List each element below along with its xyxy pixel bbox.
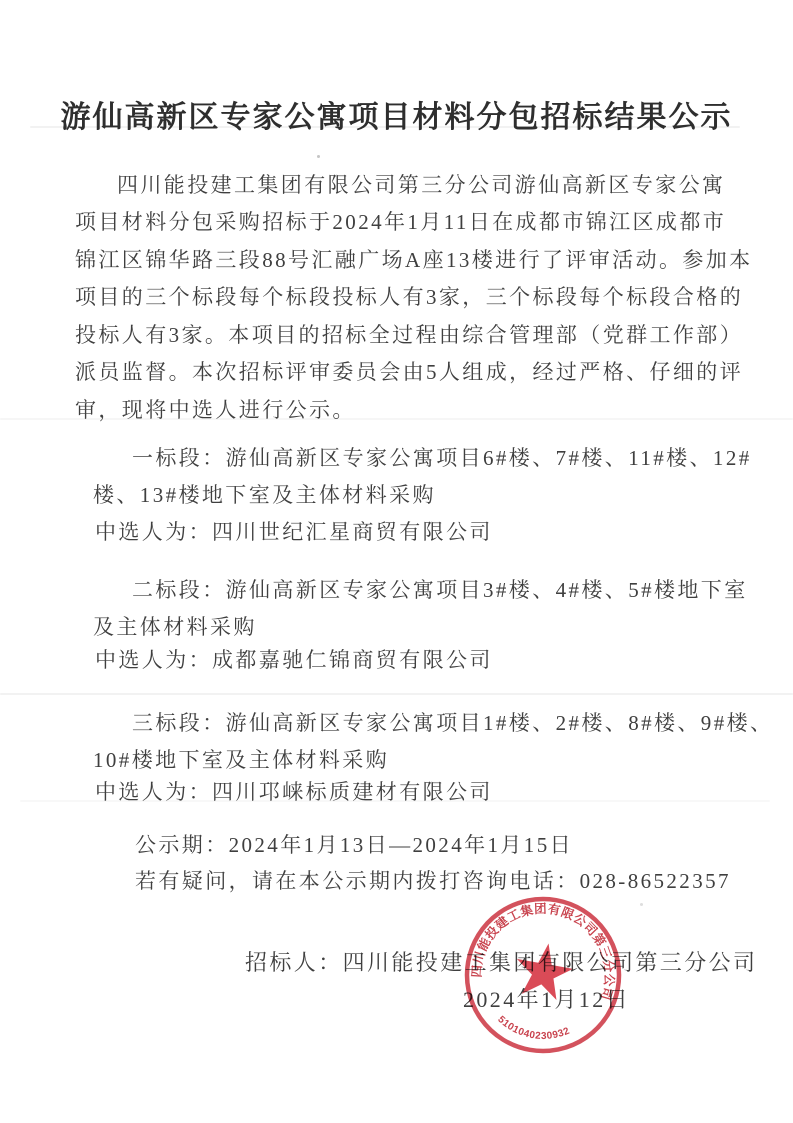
scan-speck	[317, 155, 320, 158]
intro-line-3: 锦江区锦华路三段88号汇融广场A座13楼进行了评审活动。参加本	[75, 245, 753, 275]
company-seal-stamp: 四川能投建工集团有限公司第三分公司 5101040230932	[404, 836, 682, 1114]
intro-line-4: 项目的三个标段每个标段投标人有3家，三个标段每个标段合格的	[75, 282, 743, 312]
section-3-scope-line-1: 三标段：游仙高新区专家公寓项目1#楼、2#楼、8#楼、9#楼、	[132, 708, 773, 738]
section-2-scope-line-2: 及主体材料采购	[93, 612, 257, 642]
stamp-star-icon	[511, 939, 577, 1002]
intro-line-6: 派员监督。本次招标评审委员会由5人组成，经过严格、仔细的评	[75, 357, 743, 387]
section-1-scope-line-1: 一标段：游仙高新区专家公寓项目6#楼、7#楼、11#楼、12#	[132, 443, 752, 473]
document-title: 游仙高新区专家公寓项目材料分包招标结果公示	[0, 92, 793, 136]
intro-line-2: 项目材料分包采购招标于2024年1月11日在成都市锦江区成都市	[75, 207, 726, 237]
announcement-page: 游仙高新区专家公寓项目材料分包招标结果公示 四川能投建工集团有限公司第三分公司游…	[0, 0, 793, 1123]
scan-artifact-line	[0, 693, 793, 695]
intro-line-7: 审，现将中选人进行公示。	[75, 395, 356, 425]
intro-line-1: 四川能投建工集团有限公司第三分公司游仙高新区专家公寓	[117, 170, 725, 200]
section-1-scope-line-2: 楼、13#楼地下室及主体材料采购	[93, 480, 436, 510]
intro-line-5: 投标人有3家。本项目的招标全过程由综合管理部（党群工作部）	[75, 320, 743, 350]
section-2-winner-line: 中选人为：成都嘉驰仁锦商贸有限公司	[95, 645, 493, 675]
section-3-scope-line-2: 10#楼地下室及主体材料采购	[93, 745, 389, 775]
section-1-winner-line: 中选人为：四川世纪汇星商贸有限公司	[95, 517, 493, 547]
section-3-winner-line: 中选人为：四川邛崃标质建材有限公司	[95, 777, 493, 807]
section-2-scope-line-1: 二标段：游仙高新区专家公寓项目3#楼、4#楼、5#楼地下室	[132, 575, 748, 605]
